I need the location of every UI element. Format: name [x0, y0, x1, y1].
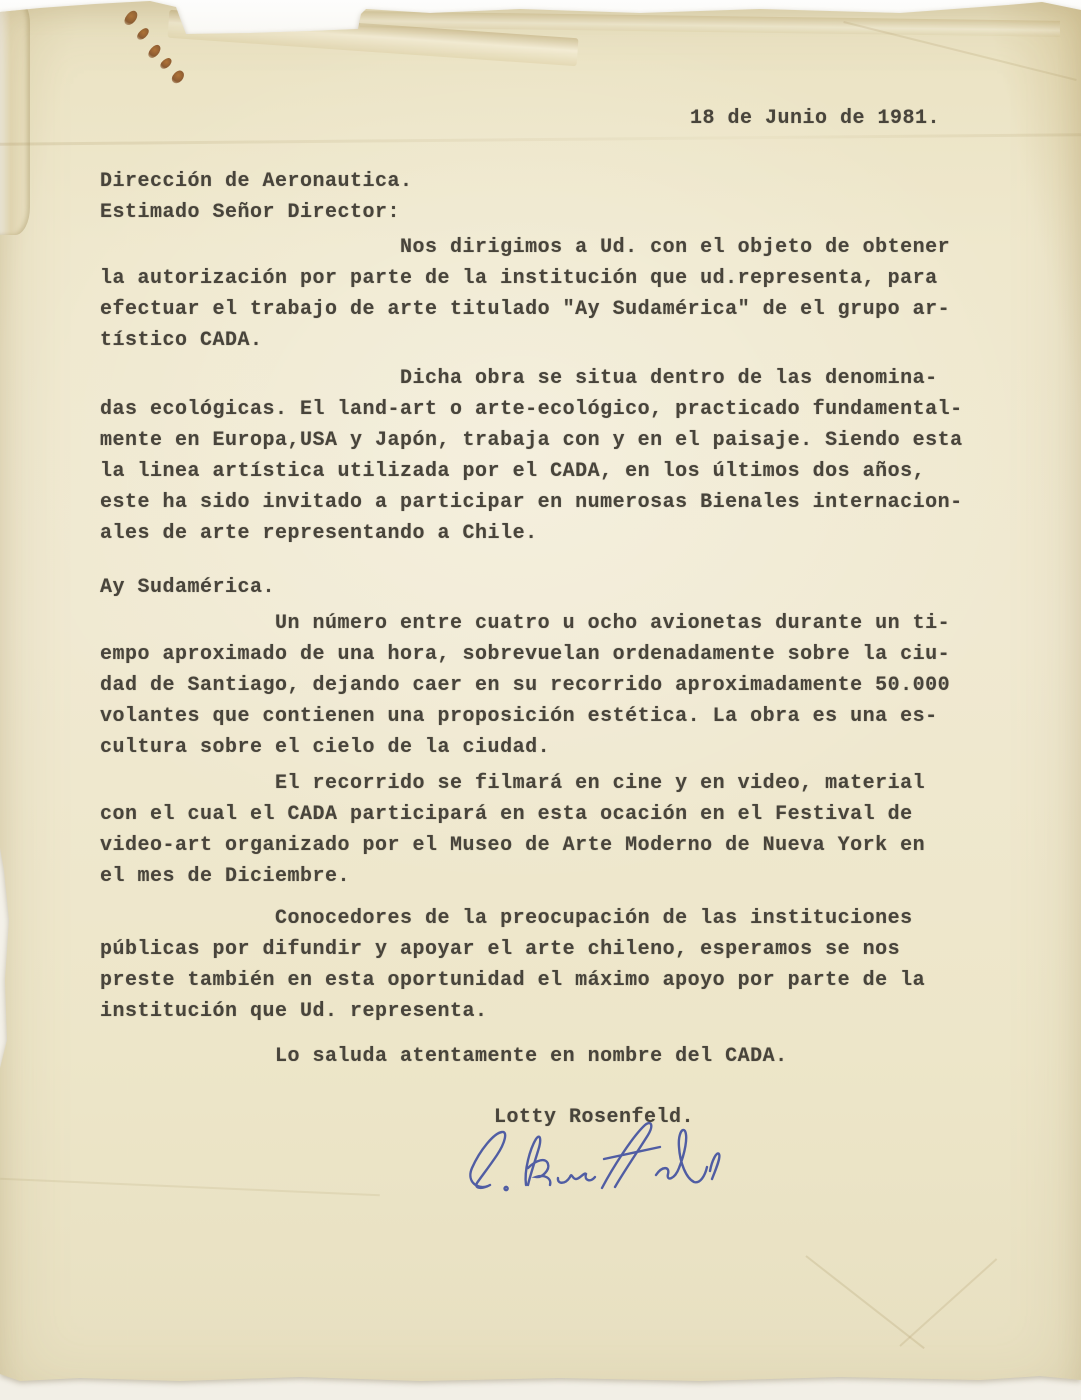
- rust-stain: [122, 9, 140, 28]
- salutation-line: Estimado Señor Director:: [100, 197, 400, 228]
- horizontal-wrinkle: [0, 133, 1081, 145]
- handwritten-signature: [452, 1116, 732, 1211]
- rust-stain: [135, 26, 151, 41]
- rust-stain: [146, 43, 163, 60]
- recipient-line: Dirección de Aeronautica.: [100, 166, 413, 197]
- rust-stain: [158, 56, 173, 70]
- paragraph-3: Un número entre cuatro u ocho avionetas …: [100, 608, 950, 763]
- top-fold-crease: [360, 11, 1060, 37]
- bottom-crease-left: [805, 1255, 924, 1349]
- lower-wrinkle: [0, 1178, 380, 1197]
- paragraph-2: Dicha obra se situa dentro de las denomi…: [100, 363, 963, 549]
- closing-line: Lo saluda atentamente en nombre del CADA…: [100, 1041, 788, 1072]
- paper-wrapper: 18 de Junio de 1981. Dirección de Aerona…: [0, 0, 1081, 1400]
- scanned-letter-page: 18 de Junio de 1981. Dirección de Aerona…: [0, 0, 1081, 1400]
- paragraph-4: El recorrido se filmará en cine y en vid…: [100, 768, 925, 892]
- rust-stain: [170, 68, 187, 85]
- paragraph-5: Conocedores de la preocupación de las in…: [100, 903, 925, 1027]
- tape-crease-mark: [168, 10, 579, 67]
- letter-paper: 18 de Junio de 1981. Dirección de Aerona…: [0, 0, 1081, 1400]
- bottom-crease-right: [899, 1258, 997, 1346]
- diagonal-wrinkle: [843, 21, 1076, 81]
- paragraph-1: Nos dirigimos a Ud. con el objeto de obt…: [100, 232, 950, 356]
- letter-date: 18 de Junio de 1981.: [690, 103, 940, 134]
- left-edge-tear: [0, 0, 30, 235]
- section-heading: Ay Sudamérica.: [100, 572, 275, 603]
